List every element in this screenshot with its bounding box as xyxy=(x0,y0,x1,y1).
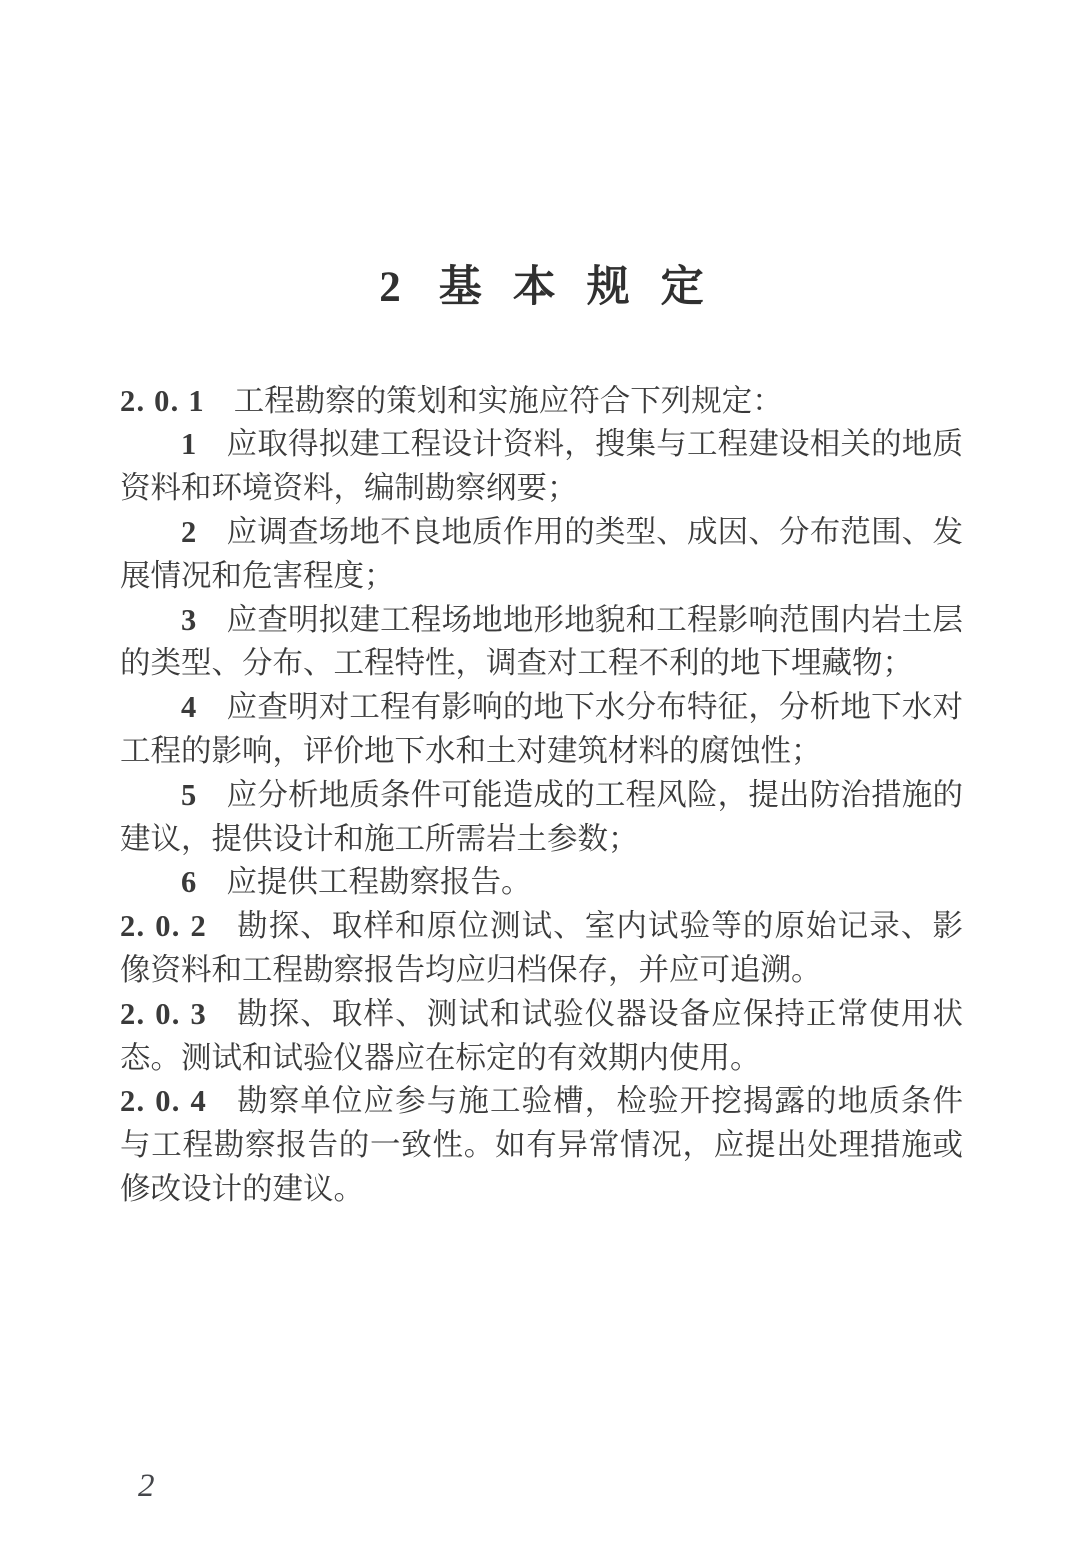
clause-2-0-1-item-6: 6应提供工程勘察报告。 xyxy=(120,861,963,905)
item-text: 应查明对工程有影响的地下水分布特征，分析地下水对工程的影响，评价地下水和土对建筑… xyxy=(120,690,963,768)
chapter-heading: 2基本规定 xyxy=(120,262,963,314)
clause-text: 勘探、取样和原位测试、室内试验等的原始记录、影像资料和工程勘察报告均应归档保存，… xyxy=(120,909,963,987)
clause-2-0-1-item-4: 4应查明对工程有影响的地下水分布特征，分析地下水对工程的影响，评价地下水和土对建… xyxy=(120,686,963,774)
page-number: 2 xyxy=(138,1468,155,1505)
item-number: 4 xyxy=(181,690,197,724)
item-number: 2 xyxy=(181,515,197,549)
clause-text: 工程勘察的策划和实施应符合下列规定： xyxy=(234,384,783,418)
clause-number: 2. 0. 4 xyxy=(120,1084,207,1118)
chapter-title: 基本规定 xyxy=(439,264,735,311)
clause-2-0-1-item-1: 1应取得拟建工程设计资料，搜集与工程建设相关的地质资料和环境资料，编制勘察纲要； xyxy=(120,423,963,511)
clause-2-0-1-item-3: 3应查明拟建工程场地地形地貌和工程影响范围内岩土层的类型、分布、工程特性，调查对… xyxy=(120,599,963,687)
clause-text: 勘察单位应参与施工验槽，检验开挖揭露的地质条件与工程勘察报告的一致性。如有异常情… xyxy=(120,1084,963,1206)
clause-2-0-4: 2. 0. 4勘察单位应参与施工验槽，检验开挖揭露的地质条件与工程勘察报告的一致… xyxy=(120,1080,963,1211)
item-number: 5 xyxy=(181,778,197,812)
item-text: 应调查场地不良地质作用的类型、成因、分布范围、发展情况和危害程度； xyxy=(120,515,963,593)
clause-2-0-1-item-2: 2应调查场地不良地质作用的类型、成因、分布范围、发展情况和危害程度； xyxy=(120,511,963,599)
clause-number: 2. 0. 2 xyxy=(120,909,207,943)
text-block: 2基本规定 2. 0. 1工程勘察的策划和实施应符合下列规定： 1应取得拟建工程… xyxy=(120,0,963,1212)
item-text: 应取得拟建工程设计资料，搜集与工程建设相关的地质资料和环境资料，编制勘察纲要； xyxy=(120,427,963,505)
clause-2-0-2: 2. 0. 2勘探、取样和原位测试、室内试验等的原始记录、影像资料和工程勘察报告… xyxy=(120,905,963,993)
item-number: 3 xyxy=(181,603,197,637)
item-text: 应分析地质条件可能造成的工程风险，提出防治措施的建议，提供设计和施工所需岩土参数… xyxy=(120,778,963,856)
clause-number: 2. 0. 3 xyxy=(120,997,207,1031)
chapter-number: 2 xyxy=(379,264,401,311)
clause-text: 勘探、取样、测试和试验仪器设备应保持正常使用状态。测试和试验仪器应在标定的有效期… xyxy=(120,997,963,1075)
item-text: 应提供工程勘察报告。 xyxy=(226,865,531,899)
clause-number: 2. 0. 1 xyxy=(120,384,205,418)
item-text: 应查明拟建工程场地地形地貌和工程影响范围内岩土层的类型、分布、工程特性，调查对工… xyxy=(120,603,963,681)
clause-2-0-1: 2. 0. 1工程勘察的策划和实施应符合下列规定： xyxy=(120,380,963,424)
item-number: 1 xyxy=(181,427,197,461)
document-page: 2基本规定 2. 0. 1工程勘察的策划和实施应符合下列规定： 1应取得拟建工程… xyxy=(0,0,1080,1563)
clause-2-0-3: 2. 0. 3勘探、取样、测试和试验仪器设备应保持正常使用状态。测试和试验仪器应… xyxy=(120,993,963,1081)
clause-2-0-1-item-5: 5应分析地质条件可能造成的工程风险，提出防治措施的建议，提供设计和施工所需岩土参… xyxy=(120,774,963,862)
item-number: 6 xyxy=(181,865,197,899)
